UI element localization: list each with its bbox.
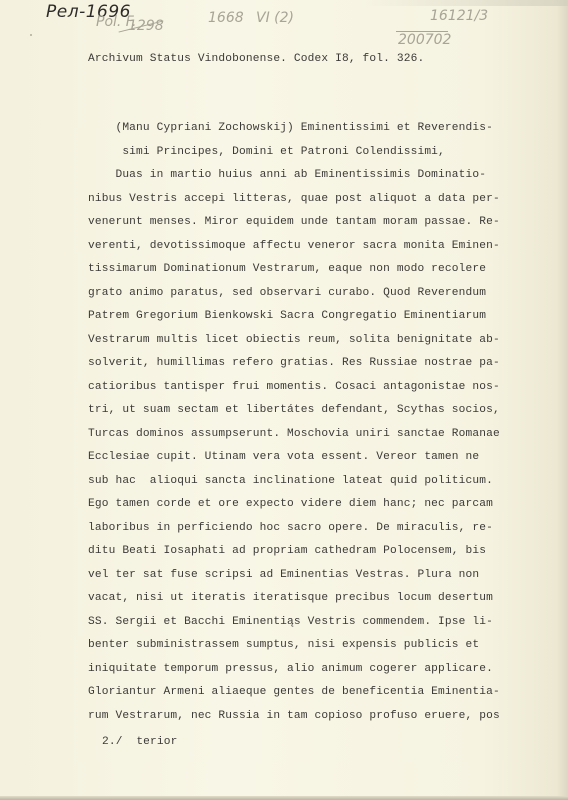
- text-line: Ecclesiae cupit. Utinam vera vota essent…: [88, 452, 479, 463]
- text-line: rum Vestrarum, nec Russia in tam copioso…: [88, 711, 500, 722]
- text-line: simi Principes, Domini et Patroni Colend…: [88, 147, 445, 158]
- text-line: vel ter sat fuse scripsi ad Eminentias V…: [88, 570, 479, 581]
- text-line: Patrem Gregorium Bienkowski Sacra Congre…: [88, 311, 486, 322]
- page-top-shadow: [360, 0, 568, 6]
- text-line: iniquitate temporum pressus, alio animum…: [88, 664, 493, 675]
- text-line: catioribus tantisper frui momentis. Cosa…: [88, 382, 500, 393]
- archive-reference-heading: Archivum Status Vindobonense. Codex I8, …: [88, 54, 424, 65]
- text-line: Duas in martio huius anni ab Eminentissi…: [88, 170, 486, 181]
- text-line: verenti, devotissimoque affectu veneror …: [88, 241, 500, 252]
- text-line: ditu Beati Iosaphati ad propriam cathedr…: [88, 546, 486, 557]
- paper-speck: [30, 34, 32, 36]
- text-line: SS. Sergii et Bacchi Eminentiąs Vestris …: [88, 617, 493, 628]
- text-line: Gloriantur Armeni aliaeque gentes de ben…: [88, 687, 500, 698]
- scanned-page: Pел-1696 Pol. F. 1298 1668 VI (2) 16121/…: [0, 0, 568, 800]
- text-line: (Manu Cypriani Zochowskij) Eminentissimi…: [88, 123, 493, 134]
- text-line: Ego tamen corde et ore expecto videre di…: [88, 499, 493, 510]
- text-line: grato animo paratus, sed observari curab…: [88, 288, 486, 299]
- text-line: laboribus in perficiendo hoc sacro opere…: [88, 523, 493, 534]
- pencil-number-right-top: 16121/3: [430, 8, 488, 24]
- text-line: Turcas dominos assumpserunt. Moschovia u…: [88, 429, 500, 440]
- pencil-number-middle: 1668: [208, 10, 244, 26]
- text-line: solverit, humillimas refero gratias. Res…: [88, 358, 500, 369]
- catchword-footer: 2./ terior: [102, 737, 178, 748]
- pencil-ref-struck: 1298: [128, 18, 164, 34]
- text-line: nibus Vestris accepi litteras, quae post…: [88, 194, 500, 205]
- pencil-roman-numeral: VI (2): [256, 10, 294, 26]
- text-line: venerunt menses. Miror equidem unde tant…: [88, 217, 500, 228]
- text-line: sub hac alioqui sancta inclinatione late…: [88, 476, 493, 487]
- page-bottom-edge: [0, 796, 568, 800]
- text-line: tissimarum Dominationum Vestrarum, eaque…: [88, 264, 486, 275]
- text-line: benter subministrassem sumptus, nisi exp…: [88, 640, 479, 651]
- text-line: Vestrarum multis licet obiectis reum, so…: [88, 335, 500, 346]
- pencil-number-right-bottom: 200702: [398, 32, 451, 48]
- text-line: vacat, nisi ut iteratis iteratisque prec…: [88, 593, 493, 604]
- text-line: tri, ut suam sectam et libertátes defend…: [88, 405, 500, 416]
